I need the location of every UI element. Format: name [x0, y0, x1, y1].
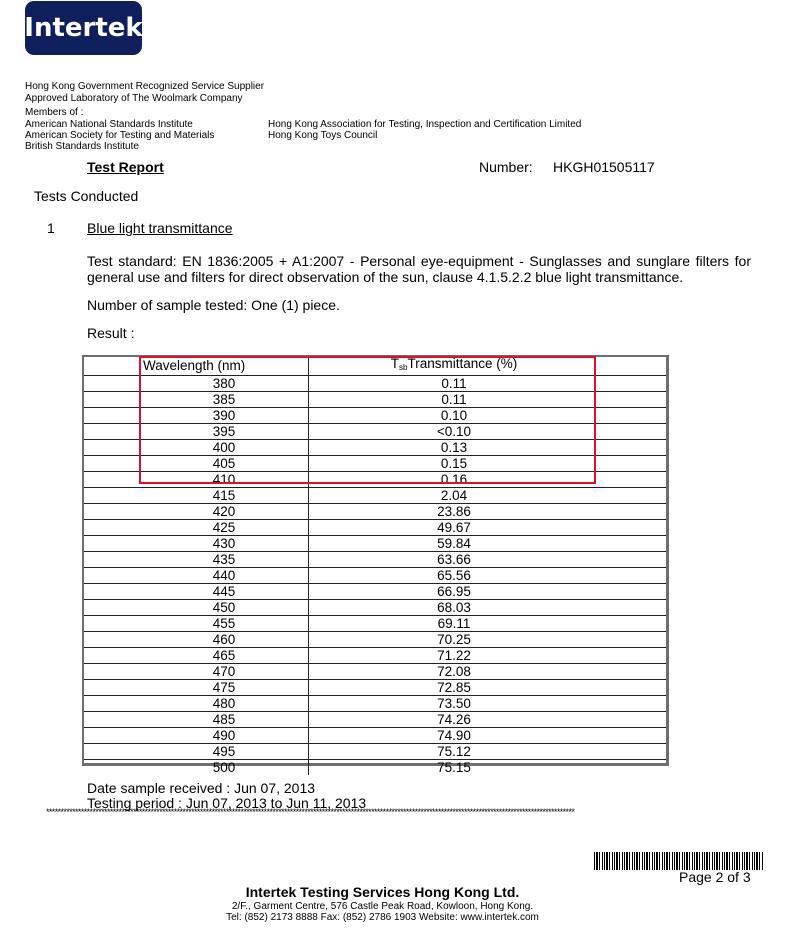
cell-transmittance: 0.13 — [309, 440, 600, 456]
footer-contact: Tel: (852) 2173 8888 Fax: (852) 2786 190… — [0, 912, 765, 923]
row-spacer-left — [84, 456, 140, 472]
cell-transmittance: 0.11 — [309, 392, 600, 408]
row-spacer-right — [599, 552, 666, 568]
row-spacer-left — [84, 584, 140, 600]
cell-transmittance: 72.85 — [309, 680, 600, 696]
row-spacer-left — [84, 760, 140, 776]
header-trans-label: Transmittance (%) — [407, 356, 517, 371]
row-spacer-right — [599, 760, 666, 776]
cell-transmittance: 74.26 — [309, 712, 600, 728]
cell-wavelength: 455 — [140, 616, 309, 632]
row-spacer-right — [599, 504, 666, 520]
cell-transmittance: 0.16 — [309, 472, 600, 488]
cell-wavelength: 490 — [140, 728, 309, 744]
cell-transmittance: <0.10 — [309, 424, 600, 440]
row-spacer-right — [599, 440, 666, 456]
cell-transmittance: 65.56 — [309, 568, 600, 584]
row-spacer-left — [84, 600, 140, 616]
row-spacer-right — [599, 744, 666, 760]
row-spacer-right — [599, 584, 666, 600]
header-transmittance: TsbTransmittance (%) — [309, 357, 600, 376]
table-row: 48574.26 — [84, 712, 666, 728]
row-spacer-right — [599, 664, 666, 680]
row-spacer-left — [84, 664, 140, 680]
cell-wavelength: 435 — [140, 552, 309, 568]
cell-wavelength: 410 — [140, 472, 309, 488]
cell-transmittance: 75.12 — [309, 744, 600, 760]
table-row: 44566.95 — [84, 584, 666, 600]
row-spacer-right — [599, 408, 666, 424]
row-spacer-right — [599, 696, 666, 712]
test-title: Blue light transmittance — [87, 220, 233, 236]
table-row: 395<0.10 — [84, 424, 666, 440]
cell-wavelength: 495 — [140, 744, 309, 760]
cell-transmittance: 59.84 — [309, 536, 600, 552]
barcode — [594, 852, 764, 870]
footer-company: Intertek Testing Services Hong Kong Ltd. — [0, 884, 765, 900]
cell-wavelength: 475 — [140, 680, 309, 696]
cell-wavelength: 445 — [140, 584, 309, 600]
report-number-label: Number: — [479, 159, 533, 175]
row-spacer-right — [599, 712, 666, 728]
table-row: 48073.50 — [84, 696, 666, 712]
member-hkatic: Hong Kong Association for Testing, Inspe… — [268, 119, 581, 131]
table-row: 43563.66 — [84, 552, 666, 568]
cell-transmittance: 73.50 — [309, 696, 600, 712]
cell-transmittance: 23.86 — [309, 504, 600, 520]
row-spacer-left — [84, 520, 140, 536]
row-spacer-left — [84, 632, 140, 648]
cell-wavelength: 465 — [140, 648, 309, 664]
report-number: HKGH01505117 — [553, 159, 655, 175]
table-row: 4152.04 — [84, 488, 666, 504]
row-spacer-right — [599, 424, 666, 440]
row-spacer-left — [84, 568, 140, 584]
cell-transmittance: 0.11 — [309, 376, 600, 392]
header-t: T — [391, 356, 399, 371]
report-title: Test Report — [87, 159, 164, 175]
member-hktc: Hong Kong Toys Council — [268, 130, 377, 142]
row-spacer-right — [599, 392, 666, 408]
table-row: 50075.15 — [84, 760, 666, 776]
test-index: 1 — [47, 220, 55, 236]
row-spacer-right — [599, 648, 666, 664]
tests-heading: Tests Conducted — [34, 188, 138, 204]
cell-wavelength: 500 — [140, 760, 309, 776]
row-spacer-left — [84, 392, 140, 408]
row-spacer-left — [84, 408, 140, 424]
row-spacer-right — [599, 536, 666, 552]
row-spacer-left — [84, 616, 140, 632]
table-row: 4000.13 — [84, 440, 666, 456]
sample-count: Number of sample tested: One (1) piece. — [87, 297, 340, 313]
cell-transmittance: 75.15 — [309, 760, 600, 776]
member-bsi: British Standards Institute — [25, 141, 139, 153]
cell-transmittance: 66.95 — [309, 584, 600, 600]
cell-wavelength: 485 — [140, 712, 309, 728]
cell-transmittance: 68.03 — [309, 600, 600, 616]
table-row: 43059.84 — [84, 536, 666, 552]
cell-wavelength: 480 — [140, 696, 309, 712]
cell-wavelength: 405 — [140, 456, 309, 472]
row-spacer-right — [599, 376, 666, 392]
row-spacer-left — [84, 488, 140, 504]
row-spacer-right — [599, 568, 666, 584]
test-standard: Test standard: EN 1836:2005 + A1:2007 - … — [87, 253, 751, 285]
results-table: Wavelength (nm) TsbTransmittance (%) 380… — [82, 355, 669, 766]
members-label: Members of : — [25, 107, 83, 119]
member-ansi: American National Standards Institute — [25, 119, 193, 131]
table-row: 46571.22 — [84, 648, 666, 664]
row-spacer-left — [84, 648, 140, 664]
affiliation-1: Hong Kong Government Recognized Service … — [25, 81, 264, 93]
row-spacer-right — [599, 616, 666, 632]
cell-wavelength: 430 — [140, 536, 309, 552]
cell-wavelength: 415 — [140, 488, 309, 504]
table-row: 45569.11 — [84, 616, 666, 632]
row-spacer-left — [84, 424, 140, 440]
table-row: 3800.11 — [84, 376, 666, 392]
row-spacer-left — [84, 552, 140, 568]
row-spacer-right — [599, 488, 666, 504]
table-row: 46070.25 — [84, 632, 666, 648]
cell-transmittance: 63.66 — [309, 552, 600, 568]
cell-wavelength: 425 — [140, 520, 309, 536]
table-row: 44065.56 — [84, 568, 666, 584]
cell-wavelength: 450 — [140, 600, 309, 616]
cell-transmittance: 0.10 — [309, 408, 600, 424]
header-wavelength: Wavelength (nm) — [140, 357, 309, 376]
affiliation-2: Approved Laboratory of The Woolmark Comp… — [25, 93, 243, 105]
intertek-logo: Intertek — [25, 1, 142, 55]
row-spacer-right — [599, 472, 666, 488]
page-number: Page 2 of 3 — [679, 869, 751, 885]
cell-wavelength: 385 — [140, 392, 309, 408]
row-spacer-left — [84, 728, 140, 744]
table-row: 47572.85 — [84, 680, 666, 696]
row-spacer-left — [84, 536, 140, 552]
cell-transmittance: 72.08 — [309, 664, 600, 680]
table-row: 49575.12 — [84, 744, 666, 760]
table-row: 45068.03 — [84, 600, 666, 616]
cell-wavelength: 380 — [140, 376, 309, 392]
table-row: 3850.11 — [84, 392, 666, 408]
row-spacer-left — [84, 744, 140, 760]
row-spacer-left — [84, 376, 140, 392]
cell-wavelength: 395 — [140, 424, 309, 440]
cell-transmittance: 74.90 — [309, 728, 600, 744]
row-spacer-right — [599, 600, 666, 616]
row-spacer-left — [84, 504, 140, 520]
cell-transmittance: 70.25 — [309, 632, 600, 648]
table-row: 47072.08 — [84, 664, 666, 680]
cell-transmittance: 49.67 — [309, 520, 600, 536]
cell-transmittance: 2.04 — [309, 488, 600, 504]
cell-wavelength: 400 — [140, 440, 309, 456]
table-header-row: Wavelength (nm) TsbTransmittance (%) — [84, 357, 666, 376]
date-received: Date sample received : Jun 07, 2013 — [87, 780, 315, 796]
member-astm: American Society for Testing and Materia… — [25, 130, 214, 142]
cell-wavelength: 470 — [140, 664, 309, 680]
row-spacer-right — [599, 680, 666, 696]
table-row: 3900.10 — [84, 408, 666, 424]
row-spacer-right — [599, 728, 666, 744]
cell-transmittance: 71.22 — [309, 648, 600, 664]
result-label: Result : — [87, 325, 134, 341]
table-row: 4050.15 — [84, 456, 666, 472]
table-row: 49074.90 — [84, 728, 666, 744]
cell-wavelength: 460 — [140, 632, 309, 648]
cell-wavelength: 440 — [140, 568, 309, 584]
row-spacer-right — [599, 632, 666, 648]
cell-transmittance: 69.11 — [309, 616, 600, 632]
row-spacer-right — [599, 456, 666, 472]
row-spacer-left — [84, 472, 140, 488]
row-spacer-left — [84, 712, 140, 728]
row-spacer-left — [84, 696, 140, 712]
table-row: 42549.67 — [84, 520, 666, 536]
row-spacer-right — [599, 520, 666, 536]
cell-wavelength: 420 — [140, 504, 309, 520]
row-spacer-left — [84, 440, 140, 456]
row-spacer-left — [84, 680, 140, 696]
footer-address: 2/F., Garment Centre, 576 Castle Peak Ro… — [0, 901, 765, 912]
cell-wavelength: 390 — [140, 408, 309, 424]
separator-line: ****************************************… — [46, 807, 746, 817]
cell-transmittance: 0.15 — [309, 456, 600, 472]
table-row: 42023.86 — [84, 504, 666, 520]
table-row: 4100.16 — [84, 472, 666, 488]
